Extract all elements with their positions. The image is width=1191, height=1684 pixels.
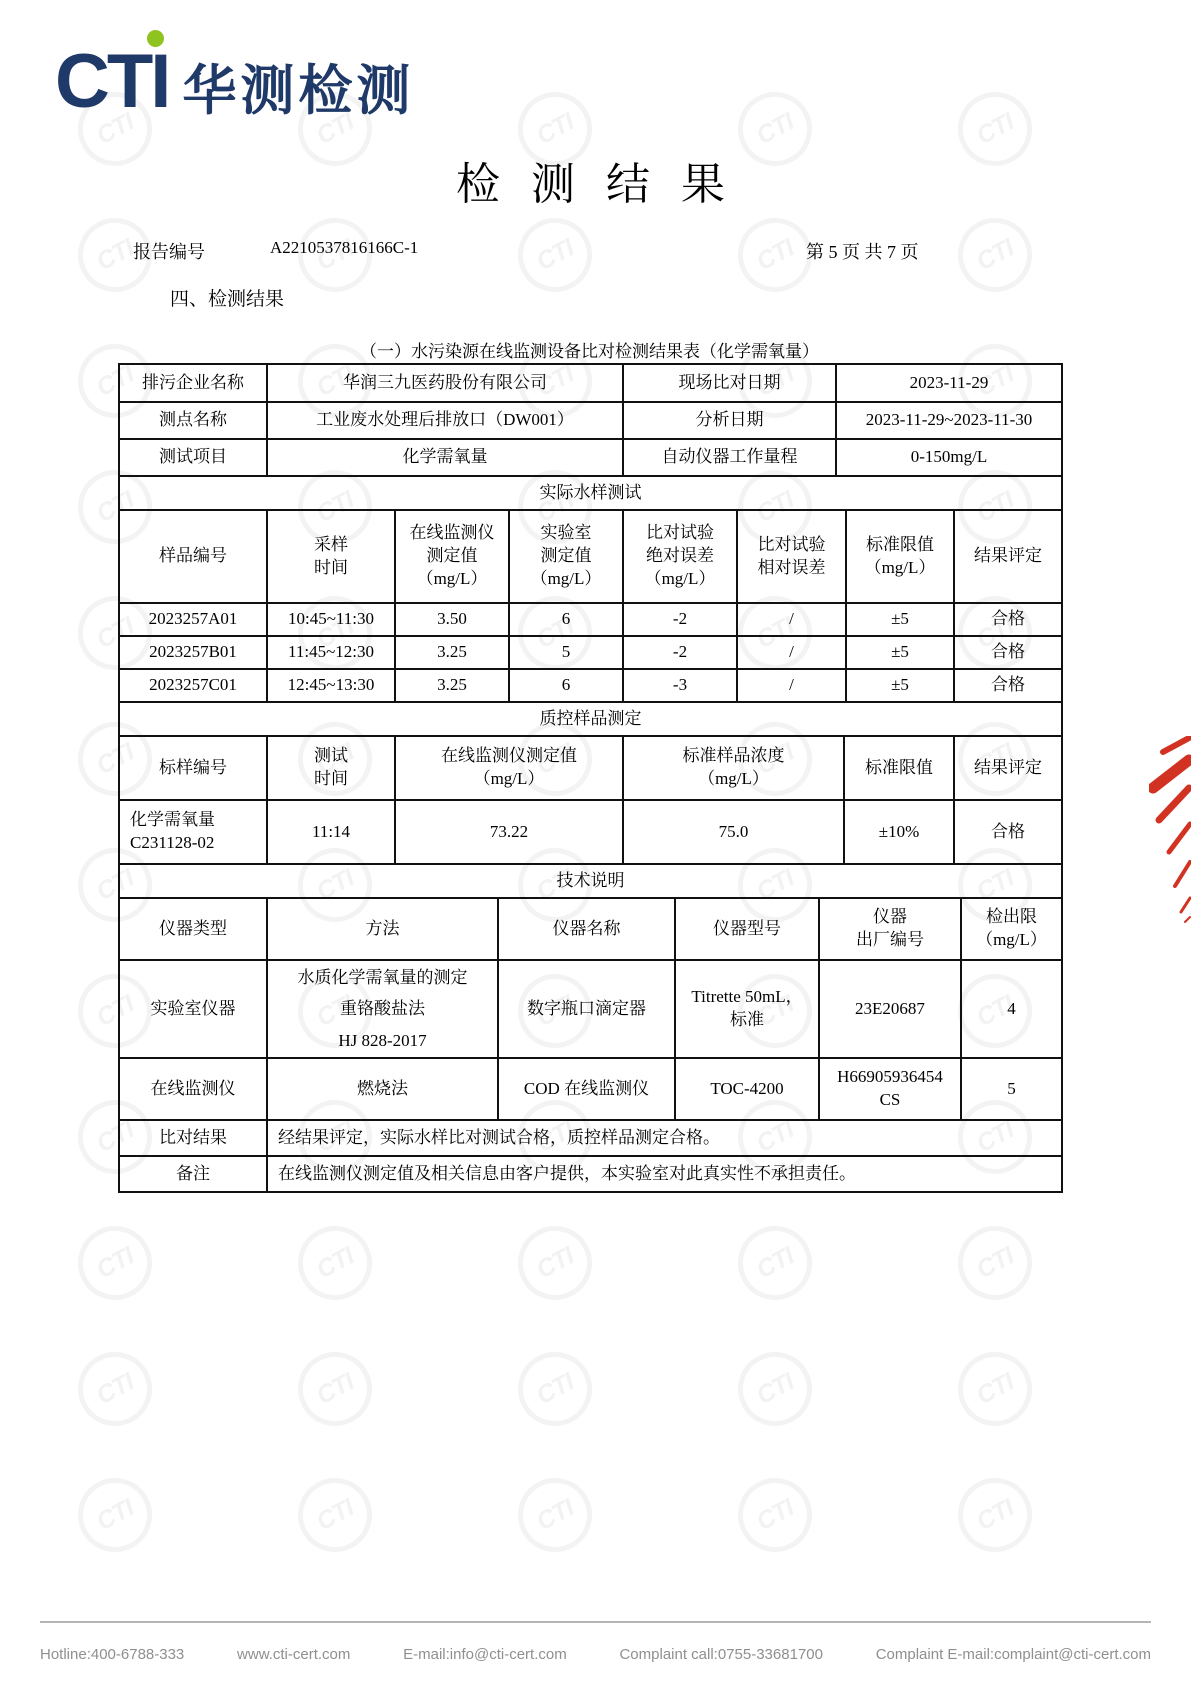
column-header: 结果评定 bbox=[954, 736, 1062, 800]
table-row: 测试项目 化学需氧量 自动仪器工作量程 0-150mg/L bbox=[119, 439, 1062, 476]
footer-divider bbox=[40, 1621, 1151, 1623]
cell-serial-no: 23E20687 bbox=[819, 960, 961, 1058]
section-band: 技术说明 bbox=[119, 864, 1062, 898]
table-row: 在线监测仪 燃烧法 COD 在线监测仪 TOC-4200 H6690593645… bbox=[119, 1058, 1062, 1120]
cell-time: 12:45~13:30 bbox=[267, 669, 395, 702]
column-header: 标样编号 bbox=[119, 736, 267, 800]
tech-notes-table: 技术说明 仪器类型 方法 仪器名称 仪器型号 仪器 出厂编号 检出限 （mg/L… bbox=[118, 863, 1063, 1121]
footer-complaint-call: Complaint call:0755-33681700 bbox=[619, 1646, 822, 1663]
cti-watermark: CTI bbox=[945, 1339, 1045, 1439]
cell-instrument-type: 在线监测仪 bbox=[119, 1058, 267, 1120]
footer-hotline: Hotline:400-6788-333 bbox=[40, 1646, 184, 1663]
summary-result-text: 经结果评定，实际水样比对测试合格，质控样品测定合格。 bbox=[267, 1120, 1062, 1156]
info-label: 测试项目 bbox=[119, 439, 267, 476]
info-value: 华润三九医药股份有限公司 bbox=[267, 364, 623, 402]
remark-label: 备注 bbox=[119, 1156, 267, 1192]
header-row: 样品编号 采样 时间 在线监测仪 测定值 （mg/L） 实验室 测定值 （mg/… bbox=[119, 510, 1062, 603]
table-caption: （一）水污染源在线监测设备比对检测结果表（化学需氧量） bbox=[118, 337, 1061, 362]
remark-text: 在线监测仪测定值及相关信息由客户提供，本实验室对此真实性不承担责任。 bbox=[267, 1156, 1062, 1192]
cell-standard-id: 化学需氧量 C231128-02 bbox=[119, 800, 267, 864]
cell-time: 11:45~12:30 bbox=[267, 636, 395, 669]
cti-watermark: CTI bbox=[505, 1465, 605, 1565]
page-title: 检 测 结 果 bbox=[0, 148, 1191, 212]
info-label: 分析日期 bbox=[623, 402, 836, 439]
table-row: 2023257A01 10:45~11:30 3.50 6 -2 / ±5 合格 bbox=[119, 603, 1062, 636]
cell-abs-error: -3 bbox=[623, 669, 737, 702]
footer-complaint-email: Complaint E-mail:complaint@cti-cert.com bbox=[876, 1646, 1151, 1663]
cell-instrument-model: Titrette 50mL， 标准 bbox=[675, 960, 819, 1058]
cti-watermark: CTI bbox=[725, 1213, 825, 1313]
cti-watermark: CTI bbox=[725, 1339, 825, 1439]
column-header: 测试 时间 bbox=[267, 736, 395, 800]
table-row: 2023257C01 12:45~13:30 3.25 6 -3 / ±5 合格 bbox=[119, 669, 1062, 702]
cti-watermark: CTI bbox=[285, 1465, 385, 1565]
table-row: 比对结果 经结果评定，实际水样比对测试合格，质控样品测定合格。 bbox=[119, 1120, 1062, 1156]
cell-sample-id: 2023257C01 bbox=[119, 669, 267, 702]
cti-watermark: CTI bbox=[945, 1465, 1045, 1565]
cell-lab-value: 5 bbox=[509, 636, 623, 669]
info-label: 排污企业名称 bbox=[119, 364, 267, 402]
result-table: 排污企业名称 华润三九医药股份有限公司 现场比对日期 2023-11-29 测点… bbox=[118, 363, 1061, 1193]
cti-watermark: CTI bbox=[285, 1339, 385, 1439]
column-header: 实验室 测定值 （mg/L） bbox=[509, 510, 623, 603]
table-row: 化学需氧量 C231128-02 11:14 73.22 75.0 ±10% 合… bbox=[119, 800, 1062, 864]
cell-rel-error: / bbox=[737, 603, 846, 636]
cti-watermark: CTI bbox=[65, 1465, 165, 1565]
column-header: 仪器名称 bbox=[498, 898, 675, 960]
cell-lab-value: 6 bbox=[509, 669, 623, 702]
info-value: 2023-11-29 bbox=[836, 364, 1062, 402]
footer-email: E-mail:info@cti-cert.com bbox=[403, 1646, 567, 1663]
cell-instrument-name: COD 在线监测仪 bbox=[498, 1058, 675, 1120]
cell-online-value: 73.22 bbox=[395, 800, 623, 864]
cell-abs-error: -2 bbox=[623, 603, 737, 636]
table-row: 实验室仪器 水质化学需氧量的测定 重铬酸盐法 HJ 828-2017 数字瓶口滴… bbox=[119, 960, 1062, 1058]
header-row: 标样编号 测试 时间 在线监测仪测定值 （mg/L） 标准样品浓度 （mg/L）… bbox=[119, 736, 1062, 800]
cell-detection-limit: 5 bbox=[961, 1058, 1062, 1120]
cti-logo-chinese: 华测检测 bbox=[182, 63, 414, 120]
cell-sample-id: 2023257B01 bbox=[119, 636, 267, 669]
footer: Hotline:400-6788-333 www.cti-cert.com E-… bbox=[40, 1646, 1151, 1663]
cell-online-value: 3.25 bbox=[395, 669, 509, 702]
cti-logo: CTI 华测检测 bbox=[55, 28, 414, 120]
column-header: 比对试验 相对误差 bbox=[737, 510, 846, 603]
column-header: 标准限值 （mg/L） bbox=[846, 510, 954, 603]
column-header: 比对试验 绝对误差 （mg/L） bbox=[623, 510, 737, 603]
cell-limit: ±10% bbox=[844, 800, 954, 864]
table-row: 排污企业名称 华润三九医药股份有限公司 现场比对日期 2023-11-29 bbox=[119, 364, 1062, 402]
column-header: 仪器型号 bbox=[675, 898, 819, 960]
report-no-label: 报告编号 bbox=[133, 238, 205, 264]
section-band-row: 实际水样测试 bbox=[119, 476, 1062, 510]
cell-result: 合格 bbox=[954, 800, 1062, 864]
info-value: 0-150mg/L bbox=[836, 439, 1062, 476]
cell-time: 10:45~11:30 bbox=[267, 603, 395, 636]
section-heading: 四、检测结果 bbox=[170, 284, 284, 311]
cell-online-value: 3.25 bbox=[395, 636, 509, 669]
cell-method: 燃烧法 bbox=[267, 1058, 498, 1120]
cti-watermark: CTI bbox=[285, 1213, 385, 1313]
header-row: 仪器类型 方法 仪器名称 仪器型号 仪器 出厂编号 检出限 （mg/L） bbox=[119, 898, 1062, 960]
cti-watermark: CTI bbox=[505, 1213, 605, 1313]
table-row: 测点名称 工业废水处理后排放口（DW001） 分析日期 2023-11-29~2… bbox=[119, 402, 1062, 439]
page-number: 第 5 页 共 7 页 bbox=[806, 238, 919, 264]
cell-serial-no: H66905936454 CS bbox=[819, 1058, 961, 1120]
summary-table: 比对结果 经结果评定，实际水样比对测试合格，质控样品测定合格。 备注 在线监测仪… bbox=[118, 1119, 1063, 1193]
column-header: 在线监测仪测定值 （mg/L） bbox=[395, 736, 623, 800]
info-table: 排污企业名称 华润三九医药股份有限公司 现场比对日期 2023-11-29 测点… bbox=[118, 363, 1063, 477]
cell-result: 合格 bbox=[954, 603, 1062, 636]
cell-rel-error: / bbox=[737, 636, 846, 669]
info-value: 化学需氧量 bbox=[267, 439, 623, 476]
cell-instrument-model: TOC-4200 bbox=[675, 1058, 819, 1120]
cell-method: 水质化学需氧量的测定 重铬酸盐法 HJ 828-2017 bbox=[267, 960, 498, 1058]
info-value: 2023-11-29~2023-11-30 bbox=[836, 402, 1062, 439]
qc-sample-table: 质控样品测定 标样编号 测试 时间 在线监测仪测定值 （mg/L） 标准样品浓度… bbox=[118, 701, 1063, 865]
column-header: 标准样品浓度 （mg/L） bbox=[623, 736, 844, 800]
cell-instrument-type: 实验室仪器 bbox=[119, 960, 267, 1058]
footer-website: www.cti-cert.com bbox=[237, 1646, 350, 1663]
table-row: 2023257B01 11:45~12:30 3.25 5 -2 / ±5 合格 bbox=[119, 636, 1062, 669]
info-value: 工业废水处理后排放口（DW001） bbox=[267, 402, 623, 439]
sample-test-table: 实际水样测试 样品编号 采样 时间 在线监测仪 测定值 （mg/L） 实验室 测… bbox=[118, 475, 1063, 703]
cell-abs-error: -2 bbox=[623, 636, 737, 669]
cti-watermark: CTI bbox=[65, 1213, 165, 1313]
report-no-value: A2210537816166C-1 bbox=[270, 238, 418, 258]
cti-watermark: CTI bbox=[65, 1339, 165, 1439]
column-header: 在线监测仪 测定值 （mg/L） bbox=[395, 510, 509, 603]
cti-logo-letters: CTI bbox=[55, 39, 168, 124]
cti-watermark: CTI bbox=[945, 1213, 1045, 1313]
cell-result: 合格 bbox=[954, 636, 1062, 669]
section-band: 实际水样测试 bbox=[119, 476, 1062, 510]
column-header: 采样 时间 bbox=[267, 510, 395, 603]
cell-online-value: 3.50 bbox=[395, 603, 509, 636]
cell-time: 11:14 bbox=[267, 800, 395, 864]
column-header: 标准限值 bbox=[844, 736, 954, 800]
report-page: CTICTICTICTICTICTICTICTICTICTICTICTICTIC… bbox=[0, 0, 1191, 1684]
column-header: 样品编号 bbox=[119, 510, 267, 603]
cell-lab-value: 6 bbox=[509, 603, 623, 636]
cti-watermark: CTI bbox=[945, 205, 1045, 305]
column-header: 仪器 出厂编号 bbox=[819, 898, 961, 960]
column-header: 结果评定 bbox=[954, 510, 1062, 603]
red-stamp-fragment bbox=[1149, 736, 1191, 926]
cell-result: 合格 bbox=[954, 669, 1062, 702]
info-label: 现场比对日期 bbox=[623, 364, 836, 402]
section-band-row: 技术说明 bbox=[119, 864, 1062, 898]
cti-watermark: CTI bbox=[505, 205, 605, 305]
cell-standard-conc: 75.0 bbox=[623, 800, 844, 864]
info-label: 测点名称 bbox=[119, 402, 267, 439]
summary-label: 比对结果 bbox=[119, 1120, 267, 1156]
cell-limit: ±5 bbox=[846, 669, 954, 702]
cell-detection-limit: 4 bbox=[961, 960, 1062, 1058]
cell-rel-error: / bbox=[737, 669, 846, 702]
cti-watermark: CTI bbox=[505, 1339, 605, 1439]
column-header: 仪器类型 bbox=[119, 898, 267, 960]
cell-instrument-name: 数字瓶口滴定器 bbox=[498, 960, 675, 1058]
section-band: 质控样品测定 bbox=[119, 702, 1062, 736]
cell-sample-id: 2023257A01 bbox=[119, 603, 267, 636]
info-label: 自动仪器工作量程 bbox=[623, 439, 836, 476]
cell-limit: ±5 bbox=[846, 603, 954, 636]
cell-limit: ±5 bbox=[846, 636, 954, 669]
cti-watermark: CTI bbox=[725, 1465, 825, 1565]
column-header: 检出限 （mg/L） bbox=[961, 898, 1062, 960]
table-row: 备注 在线监测仪测定值及相关信息由客户提供，本实验室对此真实性不承担责任。 bbox=[119, 1156, 1062, 1192]
column-header: 方法 bbox=[267, 898, 498, 960]
section-band-row: 质控样品测定 bbox=[119, 702, 1062, 736]
cti-logo-wordmark: CTI bbox=[55, 28, 168, 120]
